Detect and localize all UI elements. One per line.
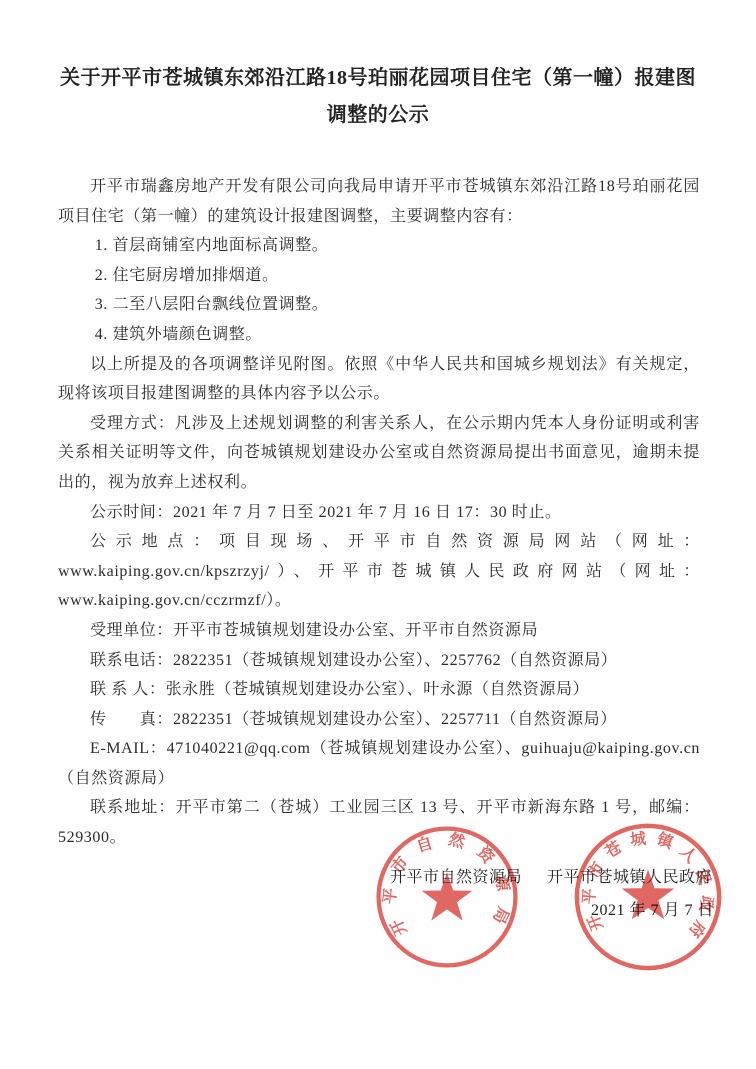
publicity-time: 公示时间：2021 年 7 月 7 日至 2021 年 7 月 16 日 17：… — [58, 498, 700, 528]
intro-paragraph: 开平市瑞鑫房地产开发有限公司向我局申请开平市苍城镇东郊沿江路18号珀丽花园项目住… — [58, 172, 700, 231]
adjustment-item-2: 2. 住宅厨房增加排烟道。 — [58, 261, 700, 291]
contact-phone: 联系电话：2822351（苍城镇规划建设办公室）、2257762（自然资源局） — [58, 646, 700, 676]
adjustment-item-4: 4. 建筑外墙颜色调整。 — [58, 320, 700, 350]
contact-fax: 传 真：2822351（苍城镇规划建设办公室）、2257711（自然资源局） — [58, 705, 700, 735]
publicity-location: 公示地点：项目现场、开平市自然资源局网站（网址：www.kaiping.gov.… — [58, 527, 700, 616]
contact-email: E-MAIL：471040221@qq.com（苍城镇规划建设办公室）、guih… — [58, 734, 700, 793]
notice-title-line1: 关于开平市苍城镇东郊沿江路18号珀丽花园项目住宅（第一幢）报建图 — [0, 60, 756, 97]
contact-person: 联 系 人：张永胜（苍城镇规划建设办公室）、叶永源（自然资源局） — [58, 675, 700, 705]
accepting-unit: 受理单位：开平市苍城镇规划建设办公室、开平市自然资源局 — [58, 616, 700, 646]
notice-body: 开平市瑞鑫房地产开发有限公司向我局申请开平市苍城镇东郊沿江路18号珀丽花园项目住… — [58, 172, 700, 853]
signer-cangcheng-town-government: 开平市苍城镇人民政府 — [547, 864, 712, 887]
notice-title-line2: 调整的公示 — [0, 97, 756, 134]
signer-natural-resources-bureau: 开平市自然资源局 — [390, 864, 522, 887]
adjustment-item-1: 1. 首层商铺室内地面标高调整。 — [58, 231, 700, 261]
notice-title: 关于开平市苍城镇东郊沿江路18号珀丽花园项目住宅（第一幢）报建图 调整的公示 — [0, 60, 756, 134]
adjustment-item-3: 3. 二至八层阳台飘线位置调整。 — [58, 290, 700, 320]
contact-address: 联系地址：开平市第二（苍城）工业园三区 13 号、开平市新海东路 1 号，邮编：… — [58, 793, 700, 852]
signature-date: 2021 年 7 月 7 日 — [591, 897, 714, 920]
document-page: 关于开平市苍城镇东郊沿江路18号珀丽花园项目住宅（第一幢）报建图 调整的公示 开… — [0, 0, 756, 1069]
acceptance-paragraph: 受理方式：凡涉及上述规划调整的利害关系人，在公示期内凭本人身份证明或利害关系相关… — [58, 409, 700, 498]
basis-paragraph: 以上所提及的各项调整详见附图。依照《中华人民共和国城乡规划法》有关规定，现将该项… — [58, 350, 700, 409]
